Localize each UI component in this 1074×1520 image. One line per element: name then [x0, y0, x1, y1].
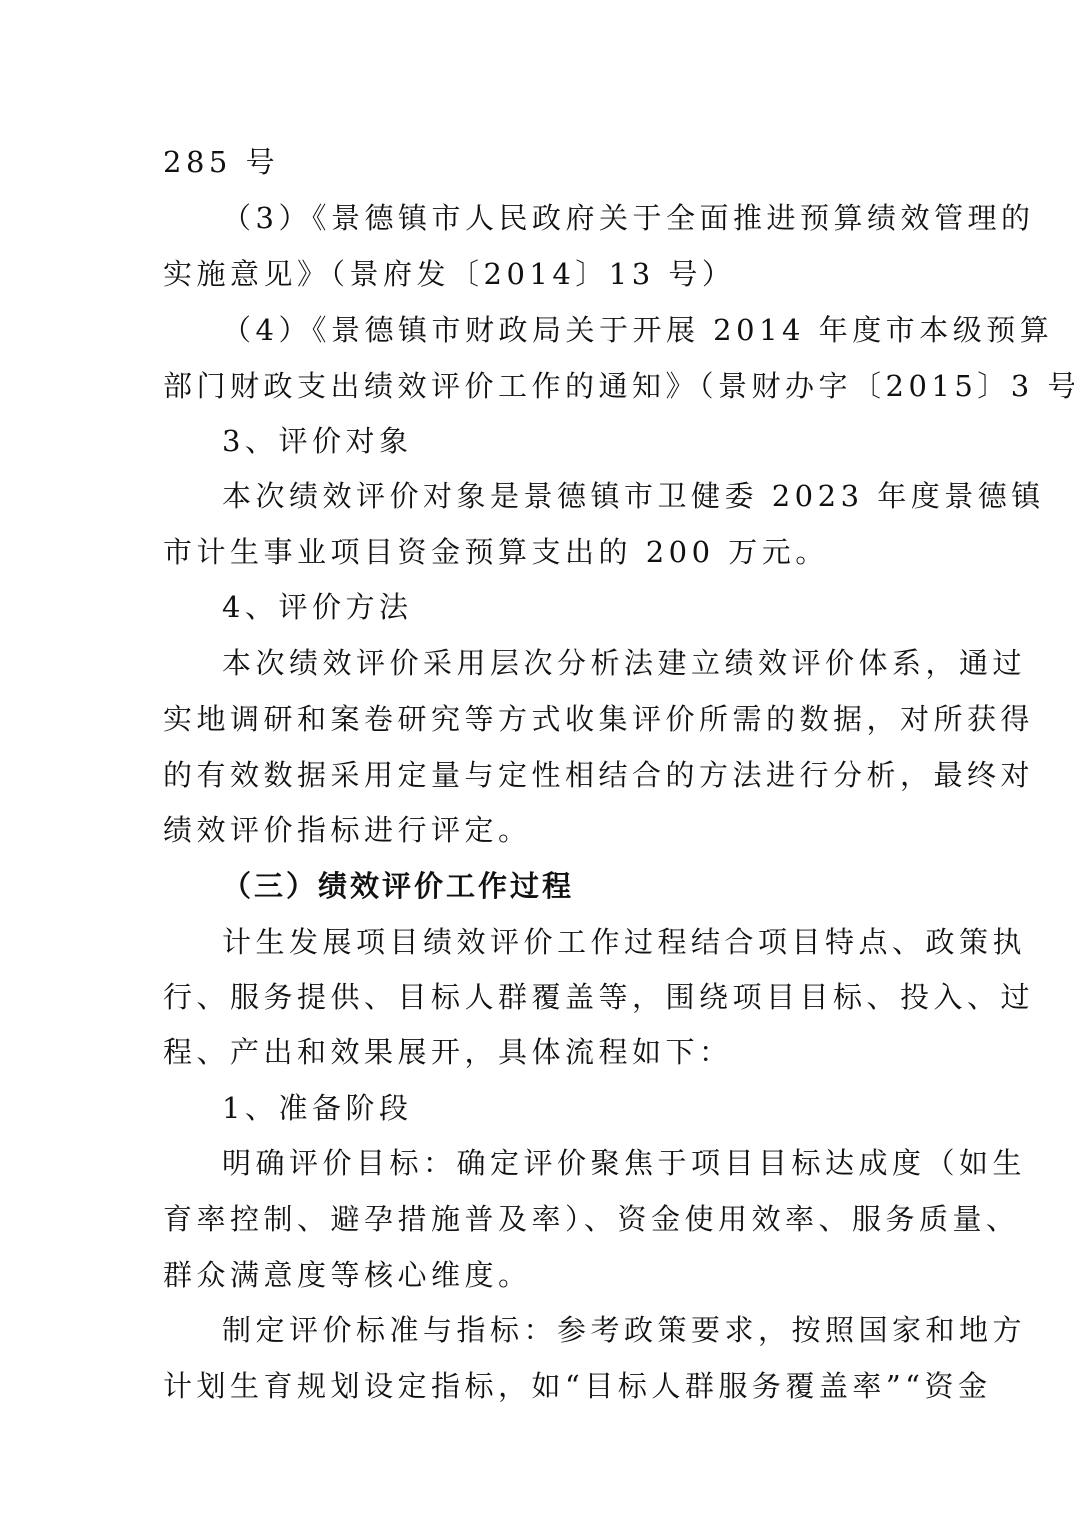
paragraph-line: （4）《景德镇市财政局关于开展 2014 年度市本级预算: [222, 310, 1053, 350]
paragraph-line: 育率控制、避孕措施普及率）、资金使用效率、服务质量、: [163, 1199, 1020, 1239]
paragraph-line: 绩效评价指标进行评定。: [163, 810, 532, 850]
paragraph-line: 计生发展项目绩效评价工作过程结合项目特点、政策执: [222, 922, 1026, 962]
paragraph-line: 4、评价方法: [222, 587, 412, 627]
paragraph-line: 行、服务提供、目标人群覆盖等，围绕项目目标、投入、过: [163, 977, 1034, 1017]
paragraph-line: 实地调研和案卷研究等方式收集评价所需的数据，对所获得: [163, 699, 1034, 739]
paragraph-line: 实施意见》（景府发〔2014〕13 号）: [163, 254, 735, 294]
section-heading: （三）绩效评价工作过程: [222, 866, 574, 906]
paragraph-line: 市计生事业项目资金预算支出的 200 万元。: [163, 532, 829, 572]
paragraph-line: 285 号: [163, 142, 279, 182]
paragraph-line: 程、产出和效果展开，具体流程如下：: [163, 1032, 733, 1072]
paragraph-line: 本次绩效评价采用层次分析法建立绩效评价体系，通过: [222, 643, 1026, 683]
paragraph-line: 计划生育规划设定指标，如“目标人群服务覆盖率”“资金: [163, 1366, 991, 1406]
paragraph-line: 明确评价目标：确定评价聚焦于项目目标达成度（如生: [222, 1143, 1026, 1183]
paragraph-line: （3）《景德镇市人民政府关于全面推进预算绩效管理的: [222, 198, 1034, 238]
document-page: 285 号（3）《景德镇市人民政府关于全面推进预算绩效管理的实施意见》（景府发〔…: [0, 0, 1074, 1520]
paragraph-line: 3、评价对象: [222, 421, 412, 461]
paragraph-line: 部门财政支出绩效评价工作的通知》（景财办字〔2015〕3 号）: [163, 366, 1074, 406]
paragraph-line: 制定评价标准与指标：参考政策要求，按照国家和地方: [222, 1310, 1026, 1350]
paragraph-line: 1、准备阶段: [222, 1088, 412, 1128]
paragraph-line: 的有效数据采用定量与定性相结合的方法进行分析，最终对: [163, 755, 1034, 795]
paragraph-line: 群众满意度等核心维度。: [163, 1255, 532, 1295]
paragraph-line: 本次绩效评价对象是景德镇市卫健委 2023 年度景德镇: [222, 476, 1045, 516]
